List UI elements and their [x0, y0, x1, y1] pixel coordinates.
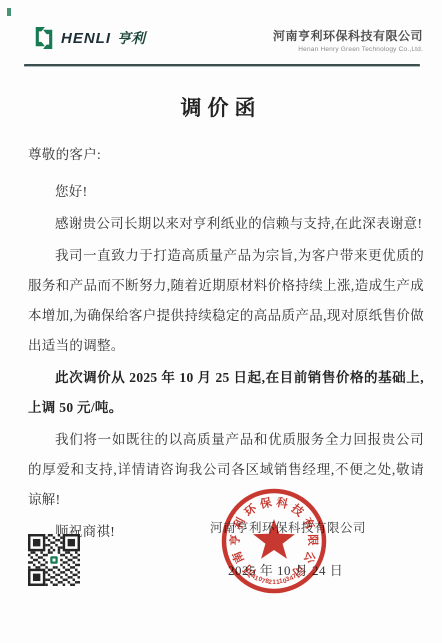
- paragraph-reason: 我司一直致力于打造高质量产品为宗旨,为客户带来更优质的服务和产品而不断努力,随着…: [28, 241, 424, 361]
- paragraph-price-change: 此次调价从 2025 年 10 月 25 日起,在目前销售价格的基础上,上调 5…: [28, 363, 424, 423]
- letterhead-company-name-en: Henan Henry Green Technology Co.,Ltd.: [273, 46, 423, 53]
- letter-title: 调价函: [0, 92, 442, 122]
- salutation: 尊敬的客户:: [28, 140, 424, 170]
- logo-wordmark-en: HENLI: [61, 30, 111, 47]
- seal-text-char: 保: [257, 496, 274, 513]
- letterhead-company-block: 河南亨利环保科技有限公司 Henan Henry Green Technolog…: [273, 27, 423, 53]
- seal-text-char: 限: [305, 533, 319, 547]
- letter-page: HENLI 亨利 河南亨利环保科技有限公司 Henan Henry Green …: [0, 0, 442, 643]
- greeting: 您好!: [28, 177, 424, 207]
- seal-text-char: 亨: [229, 533, 243, 547]
- logo-wordmark-cn: 亨利: [117, 28, 145, 48]
- seal-star-icon: [253, 519, 295, 559]
- paragraph-thanks: 感谢贵公司长期以来对亨利纸业的信赖与支持,在此深表谢意!: [28, 209, 424, 239]
- letterhead-divider: [24, 64, 420, 67]
- qr-code: [28, 534, 80, 586]
- company-seal: 河南亨利环保科技有限公司4107821110347: [216, 483, 332, 599]
- letterhead-company-name-cn: 河南亨利环保科技有限公司: [273, 27, 423, 44]
- letterhead: HENLI 亨利 河南亨利环保科技有限公司 Henan Henry Green …: [0, 0, 442, 60]
- henli-logo-icon: [33, 26, 55, 50]
